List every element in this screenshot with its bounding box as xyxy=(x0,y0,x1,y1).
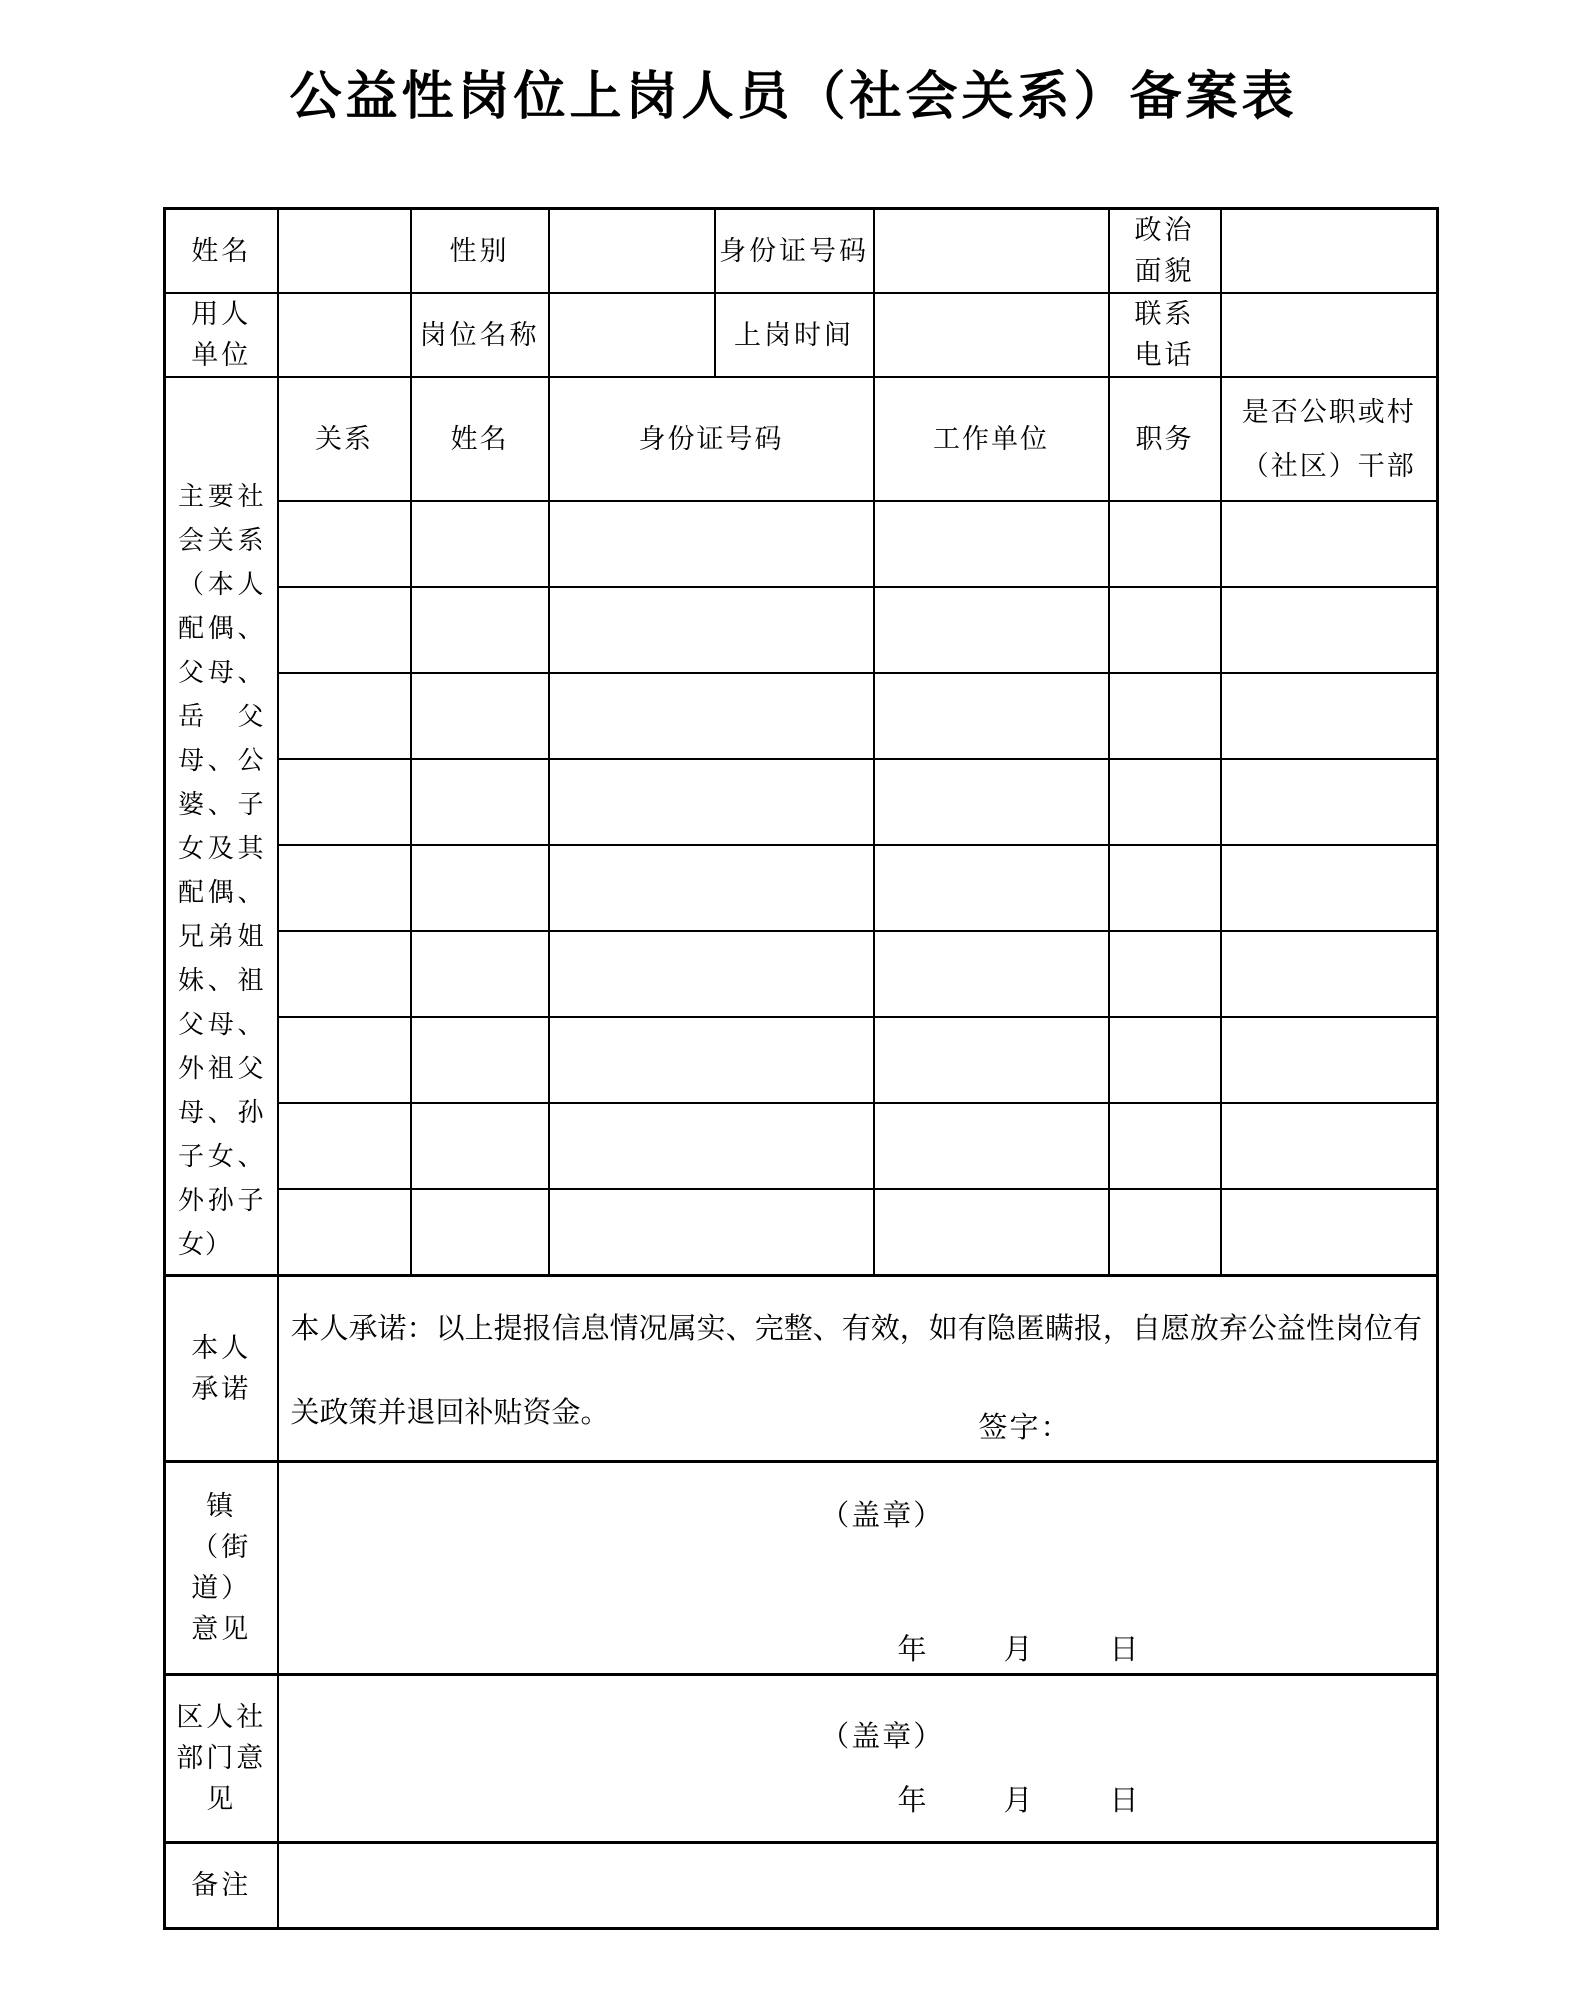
district-day-label: 日 xyxy=(1110,1778,1139,1819)
relations-blank-row xyxy=(165,759,1438,845)
relations-blank-row xyxy=(165,1189,1438,1276)
relative-name-input-cell[interactable] xyxy=(411,1103,549,1189)
relative-name-header: 姓名 xyxy=(411,377,549,501)
district-opinion-row: 区人社 部门意 见 （盖章） 年 月 日 xyxy=(165,1675,1438,1843)
position-name-input-cell[interactable] xyxy=(549,293,715,377)
basic-row-1: 姓名 性别 身份证号码 政治 面貌 xyxy=(165,209,1438,294)
relation-input-cell[interactable] xyxy=(278,759,411,845)
duty-input-cell[interactable] xyxy=(1109,587,1221,673)
relative-id-number-input-cell[interactable] xyxy=(549,931,874,1017)
employer-input-cell[interactable] xyxy=(278,293,411,377)
start-time-input-cell[interactable] xyxy=(874,293,1109,377)
relative-id-number-input-cell[interactable] xyxy=(549,845,874,931)
signature-label[interactable]: 签字： xyxy=(979,1405,1072,1446)
relative-name-input-cell[interactable] xyxy=(411,759,549,845)
relative-name-input-cell[interactable] xyxy=(411,587,549,673)
relative-id-number-header: 身份证号码 xyxy=(549,377,874,501)
relative-name-input-cell[interactable] xyxy=(411,931,549,1017)
relation-input-cell[interactable] xyxy=(278,1017,411,1103)
relative-name-input-cell[interactable] xyxy=(411,1017,549,1103)
relations-blank-row xyxy=(165,1103,1438,1189)
duty-header: 职务 xyxy=(1109,377,1221,501)
work-unit-input-cell[interactable] xyxy=(874,1103,1109,1189)
commitment-text: 本人承诺：以上提报信息情况属实、完整、有效，如有隐匿瞒报，自愿放弃公益性岗位有关… xyxy=(279,1283,1437,1455)
political-status-input-cell[interactable] xyxy=(1221,209,1438,294)
gender-input-cell[interactable] xyxy=(549,209,715,294)
work-unit-input-cell[interactable] xyxy=(874,759,1109,845)
work-unit-input-cell[interactable] xyxy=(874,845,1109,931)
work-unit-header: 工作单位 xyxy=(874,377,1109,501)
relation-input-cell[interactable] xyxy=(278,845,411,931)
relations-blank-row xyxy=(165,1017,1438,1103)
remarks-row: 备注 xyxy=(165,1843,1438,1929)
relative-id-number-input-cell[interactable] xyxy=(549,759,874,845)
relation-input-cell[interactable] xyxy=(278,673,411,759)
political-status-label: 政治 面貌 xyxy=(1109,209,1221,294)
duty-input-cell[interactable] xyxy=(1109,673,1221,759)
relation-input-cell[interactable] xyxy=(278,931,411,1017)
commitment-cell: 本人承诺：以上提报信息情况属实、完整、有效，如有隐匿瞒报，自愿放弃公益性岗位有关… xyxy=(278,1276,1438,1462)
relations-blank-row xyxy=(165,501,1438,587)
name-input-cell[interactable] xyxy=(278,209,411,294)
duty-input-cell[interactable] xyxy=(1109,931,1221,1017)
is-official-input-cell[interactable] xyxy=(1221,845,1438,931)
town-opinion-row: 镇 （街道） 意见 （盖章） 年 月 日 xyxy=(165,1462,1438,1675)
duty-input-cell[interactable] xyxy=(1109,501,1221,587)
relative-id-number-input-cell[interactable] xyxy=(549,1103,874,1189)
contact-phone-input-cell[interactable] xyxy=(1221,293,1438,377)
employer-label: 用人 单位 xyxy=(165,293,278,377)
basic-row-2: 用人 单位 岗位名称 上岗时间 联系 电话 xyxy=(165,293,1438,377)
is-official-input-cell[interactable] xyxy=(1221,1017,1438,1103)
page-title: 公益性岗位上岗人员（社会关系）备案表 xyxy=(0,66,1587,130)
remarks-input-cell[interactable] xyxy=(278,1843,1438,1929)
town-opinion-cell[interactable]: （盖章） 年 月 日 xyxy=(278,1462,1438,1675)
relation-input-cell[interactable] xyxy=(278,1189,411,1276)
relations-blank-row xyxy=(165,673,1438,759)
relative-name-input-cell[interactable] xyxy=(411,673,549,759)
relation-input-cell[interactable] xyxy=(278,501,411,587)
is-official-input-cell[interactable] xyxy=(1221,501,1438,587)
is-official-input-cell[interactable] xyxy=(1221,673,1438,759)
relations-side-cell: 主要社会关系（本人配偶、父母、岳父母、公婆、子女及其配偶、兄弟姐妹、祖父母、外祖… xyxy=(165,377,278,1276)
relative-name-input-cell[interactable] xyxy=(411,845,549,931)
duty-input-cell[interactable] xyxy=(1109,1189,1221,1276)
town-year-label: 年 xyxy=(898,1627,927,1668)
relative-name-input-cell[interactable] xyxy=(411,501,549,587)
town-date-line: 年 月 日 xyxy=(898,1627,1139,1668)
relation-header: 关系 xyxy=(278,377,411,501)
work-unit-input-cell[interactable] xyxy=(874,673,1109,759)
district-month-label: 月 xyxy=(1004,1778,1033,1819)
filing-form-table: 姓名 性别 身份证号码 政治 面貌 用人 单位 岗位名称 上岗时间 联系 电话 … xyxy=(163,207,1439,1930)
town-seal-placeholder: （盖章） xyxy=(820,1493,944,1534)
duty-input-cell[interactable] xyxy=(1109,845,1221,931)
district-date-line: 年 月 日 xyxy=(898,1778,1139,1819)
town-opinion-label: 镇 （街道） 意见 xyxy=(165,1462,278,1675)
is-official-input-cell[interactable] xyxy=(1221,759,1438,845)
work-unit-input-cell[interactable] xyxy=(874,501,1109,587)
relative-id-number-input-cell[interactable] xyxy=(549,587,874,673)
district-opinion-cell[interactable]: （盖章） 年 月 日 xyxy=(278,1675,1438,1843)
relative-id-number-input-cell[interactable] xyxy=(549,501,874,587)
relations-blank-row xyxy=(165,587,1438,673)
relative-id-number-input-cell[interactable] xyxy=(549,673,874,759)
id-number-input-cell[interactable] xyxy=(874,209,1109,294)
is-official-input-cell[interactable] xyxy=(1221,1103,1438,1189)
town-day-label: 日 xyxy=(1110,1627,1139,1668)
relative-id-number-input-cell[interactable] xyxy=(549,1017,874,1103)
relation-input-cell[interactable] xyxy=(278,587,411,673)
relations-blank-row xyxy=(165,931,1438,1017)
commitment-row: 本人 承诺 本人承诺：以上提报信息情况属实、完整、有效，如有隐匿瞒报，自愿放弃公… xyxy=(165,1276,1438,1462)
work-unit-input-cell[interactable] xyxy=(874,587,1109,673)
district-opinion-label: 区人社 部门意 见 xyxy=(165,1675,278,1843)
contact-phone-label: 联系 电话 xyxy=(1109,293,1221,377)
relations-blank-row xyxy=(165,845,1438,931)
is-official-header: 是否公职或村 （社区）干部 xyxy=(1221,377,1438,501)
work-unit-input-cell[interactable] xyxy=(874,1017,1109,1103)
work-unit-input-cell[interactable] xyxy=(874,931,1109,1017)
duty-input-cell[interactable] xyxy=(1109,1017,1221,1103)
district-year-label: 年 xyxy=(898,1778,927,1819)
start-time-label: 上岗时间 xyxy=(715,293,874,377)
work-unit-input-cell[interactable] xyxy=(874,1189,1109,1276)
district-seal-placeholder: （盖章） xyxy=(820,1714,944,1755)
name-label: 姓名 xyxy=(165,209,278,294)
position-name-label: 岗位名称 xyxy=(411,293,549,377)
relative-name-input-cell[interactable] xyxy=(411,1189,549,1276)
id-number-label: 身份证号码 xyxy=(715,209,874,294)
is-official-input-cell[interactable] xyxy=(1221,931,1438,1017)
gender-label: 性别 xyxy=(411,209,549,294)
remarks-label: 备注 xyxy=(165,1843,278,1929)
relations-header-row: 主要社会关系（本人配偶、父母、岳父母、公婆、子女及其配偶、兄弟姐妹、祖父母、外祖… xyxy=(165,377,1438,501)
is-official-input-cell[interactable] xyxy=(1221,587,1438,673)
is-official-input-cell[interactable] xyxy=(1221,1189,1438,1276)
duty-input-cell[interactable] xyxy=(1109,1103,1221,1189)
relation-input-cell[interactable] xyxy=(278,1103,411,1189)
relations-side-label: 主要社会关系（本人配偶、父母、岳父母、公婆、子女及其配偶、兄弟姐妹、祖父母、外祖… xyxy=(166,379,277,1273)
town-month-label: 月 xyxy=(1004,1627,1033,1668)
relative-id-number-input-cell[interactable] xyxy=(549,1189,874,1276)
commitment-label: 本人 承诺 xyxy=(165,1276,278,1462)
duty-input-cell[interactable] xyxy=(1109,759,1221,845)
